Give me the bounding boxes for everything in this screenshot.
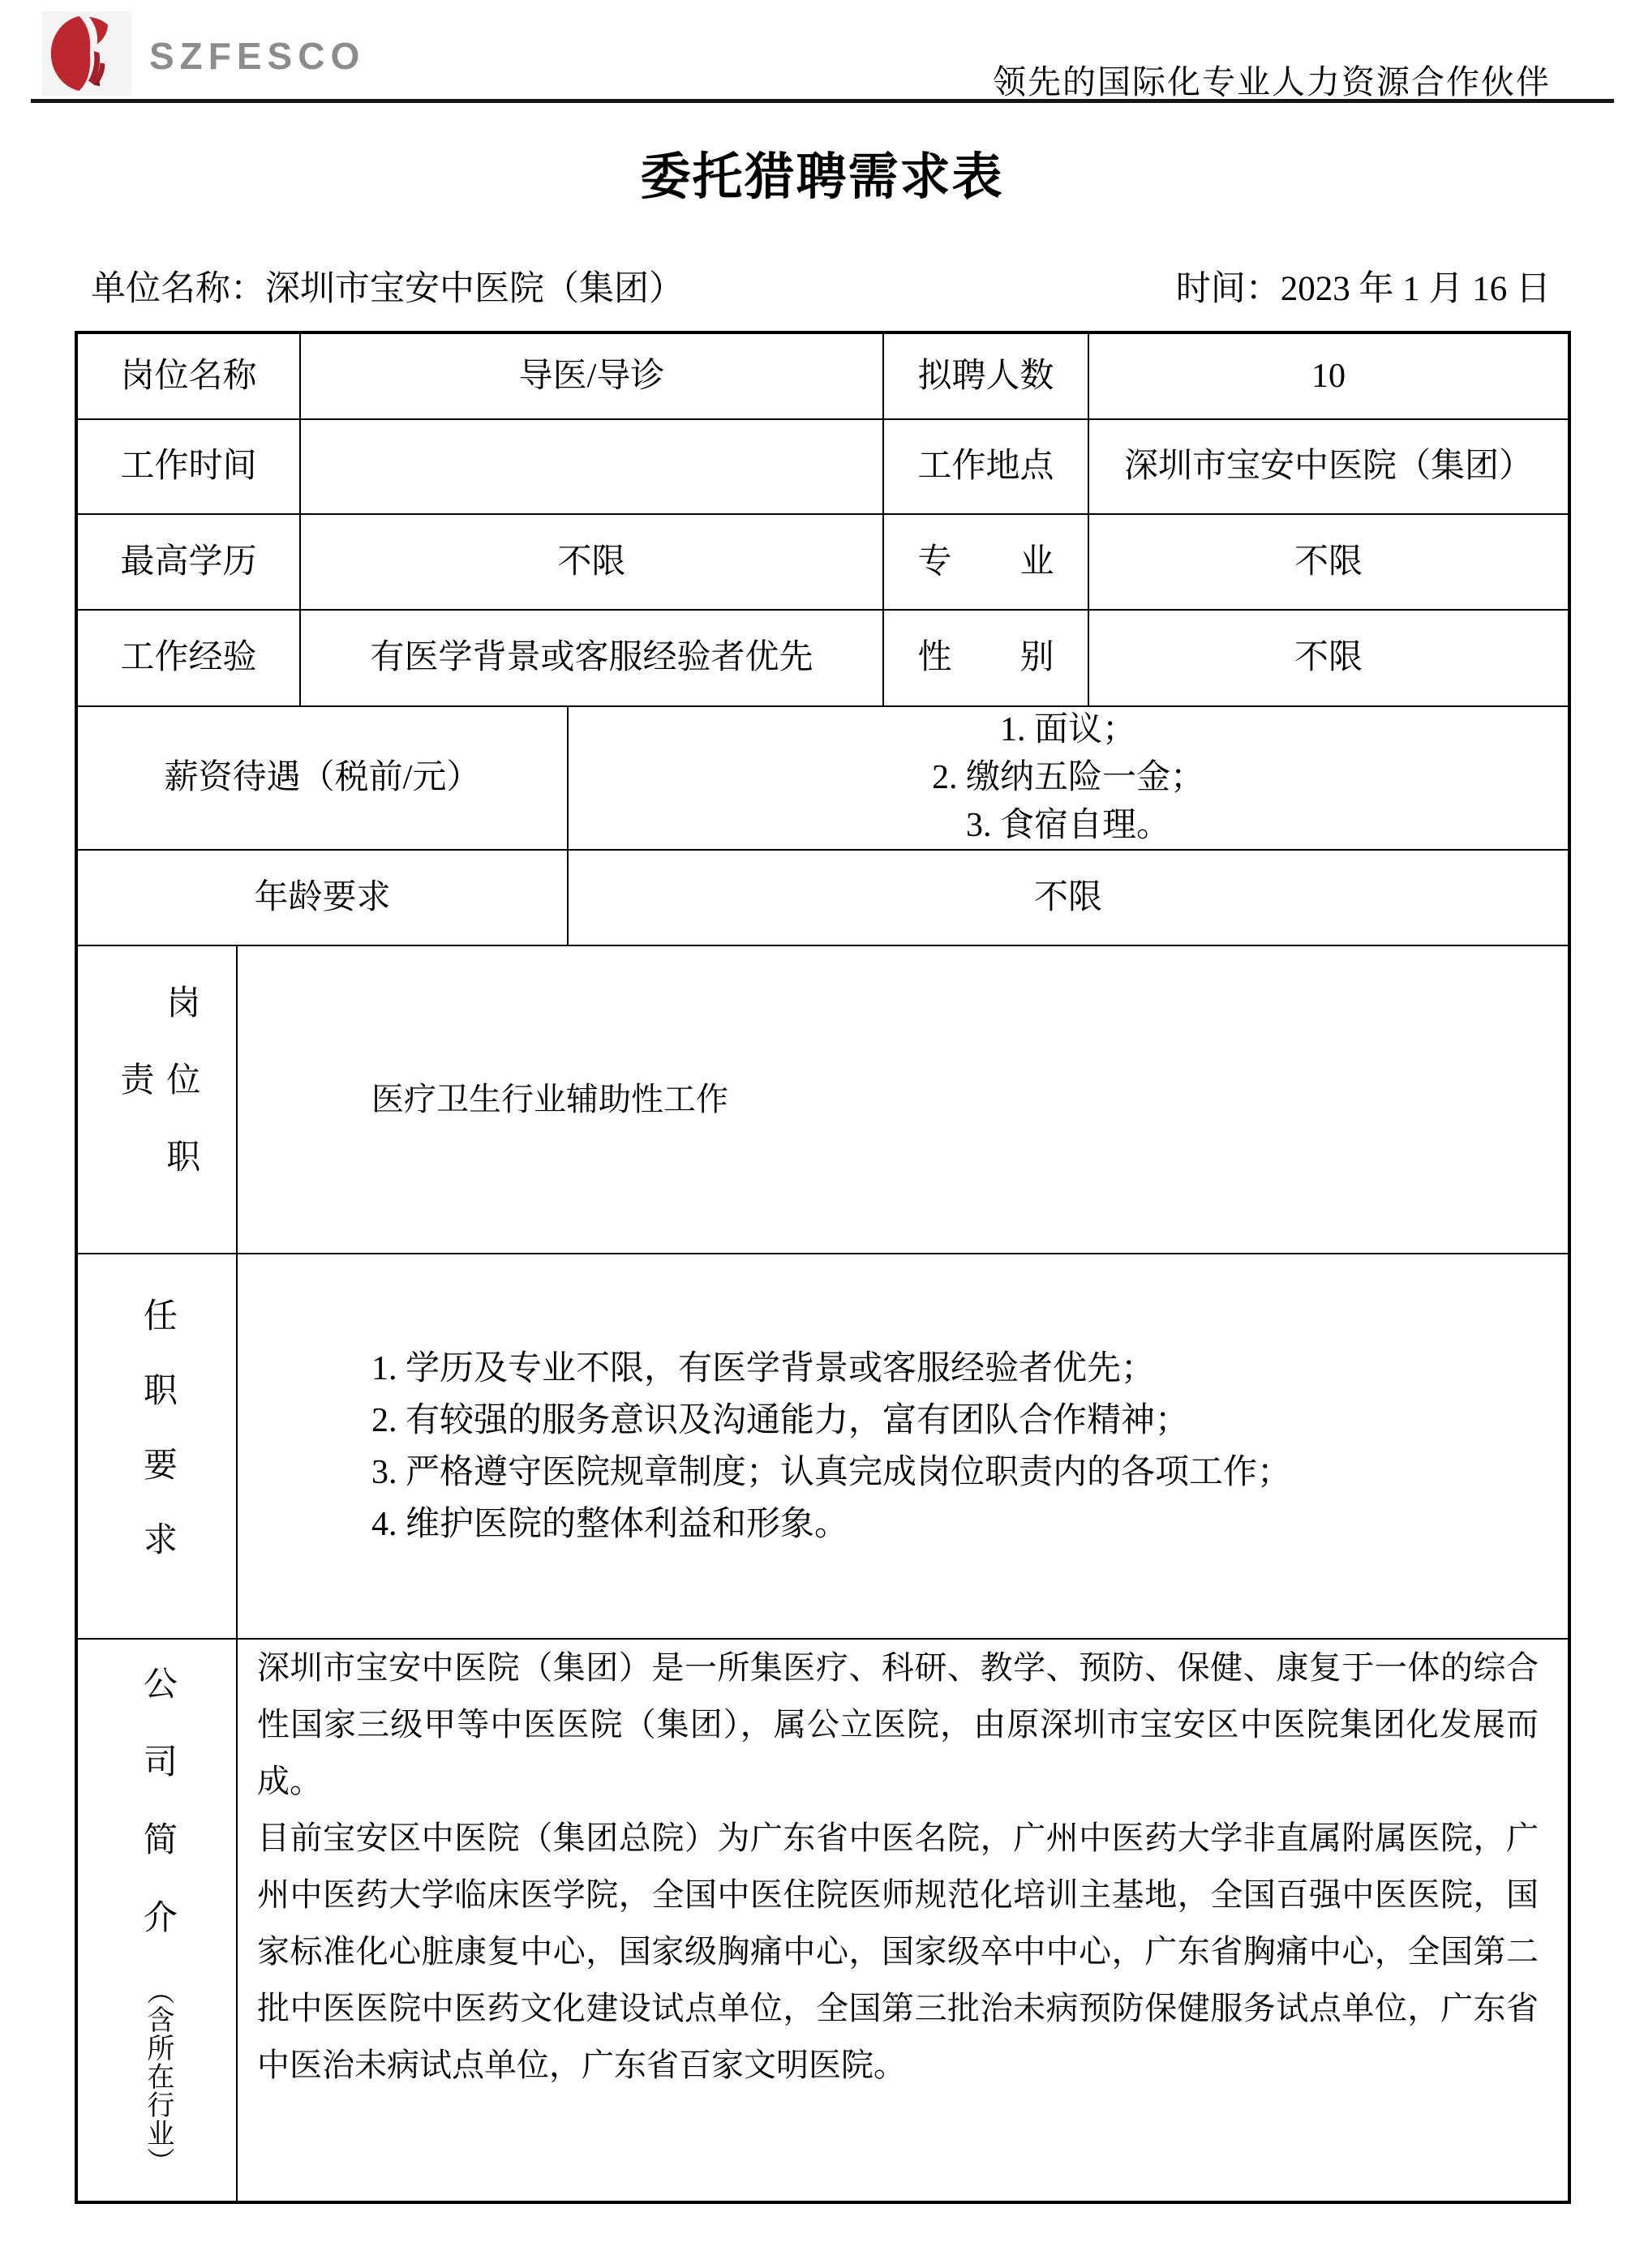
cell-gender-value: 不限 xyxy=(1088,611,1568,705)
cell-education-value: 不限 xyxy=(299,515,882,609)
info-line: 单位名称：深圳市宝安中医院（集团） 时间：2023 年 1 月 16 日 xyxy=(91,261,1553,311)
unit-name: 单位名称：深圳市宝安中医院（集团） xyxy=(91,270,684,308)
logo: SZFESCO xyxy=(42,11,365,96)
header-slogan: 领先的国际化专业人力资源合作伙伴 xyxy=(993,55,1551,103)
cell-gender-label: 性 别 xyxy=(882,611,1088,705)
cell-major-value: 不限 xyxy=(1088,515,1568,609)
intro-label-paren: （含所在行业） xyxy=(143,1977,173,2176)
document-page: SZFESCO 领先的国际化专业人力资源合作伙伴 委托猎聘需求表 单位名称：深圳… xyxy=(0,0,1644,2268)
requirement-item: 2. 有较强的服务意识及沟通能力，富有团队合作精神； xyxy=(371,1395,1291,1447)
cell-duty-content: 医疗卫生行业辅助性工作 xyxy=(236,946,1568,1253)
company-intro-paragraph: 深圳市宝安中医院（集团）是一所集医疗、科研、教学、预防、保健、康复于一体的综合性… xyxy=(257,1640,1539,1810)
requirements-vertical-label: 任职要求 xyxy=(134,1297,180,1596)
table-row: 工作经验 有医学背景或客服经验者优先 性 别 不限 xyxy=(78,609,1568,705)
requirement-item: 1. 学历及专业不限，有医学背景或客服经验者优先； xyxy=(371,1343,1291,1395)
duty-text: 医疗卫生行业辅助性工作 xyxy=(371,1078,728,1121)
cell-work-place-label: 工作地点 xyxy=(882,420,1088,513)
logo-icon xyxy=(42,11,131,96)
cell-age-value: 不限 xyxy=(567,851,1568,945)
salary-line: 3. 食宿自理。 xyxy=(966,802,1170,850)
cell-education-label: 最高学历 xyxy=(78,515,299,609)
cell-duty-label: 岗位职责 xyxy=(78,946,236,1253)
cell-major-label: 专 业 xyxy=(882,515,1088,609)
cell-company-intro-label: 公司简介（含所在行业） xyxy=(78,1640,236,2201)
cell-work-time-label: 工作时间 xyxy=(78,420,299,513)
salary-line: 1. 面议； xyxy=(1000,706,1136,754)
company-intro-vertical-label: 公司简介（含所在行业） xyxy=(134,1666,180,2176)
cell-work-place-value: 深圳市宝安中医院（集团） xyxy=(1088,420,1568,513)
cell-salary-label: 薪资待遇（税前/元） xyxy=(78,707,567,849)
requirement-item: 3. 严格遵守医院规章制度；认真完成岗位职责内的各项工作； xyxy=(371,1447,1291,1498)
table-row: 岗位职责 医疗卫生行业辅助性工作 xyxy=(78,945,1568,1253)
cell-post-name-value: 导医/导诊 xyxy=(299,334,882,418)
table-row: 岗位名称 导医/导诊 拟聘人数 10 xyxy=(78,334,1568,418)
intro-label-main: 公司简介 xyxy=(139,1666,176,1977)
logo-text: SZFESCO xyxy=(149,34,365,78)
date: 时间：2023 年 1 月 16 日 xyxy=(1176,261,1551,311)
salary-line: 2. 缴纳五险一金； xyxy=(932,754,1204,802)
table-row: 工作时间 工作地点 深圳市宝安中医院（集团） xyxy=(78,418,1568,513)
page-title: 委托猎聘需求表 xyxy=(0,136,1644,208)
cell-headcount-value: 10 xyxy=(1088,334,1568,418)
cell-work-time-value xyxy=(299,420,882,513)
header-divider xyxy=(31,99,1614,103)
table-row: 公司简介（含所在行业） 深圳市宝安中医院（集团）是一所集医疗、科研、教学、预防、… xyxy=(78,1638,1568,2201)
table-row: 任职要求 1. 学历及专业不限，有医学背景或客服经验者优先； 2. 有较强的服务… xyxy=(78,1253,1568,1638)
cell-headcount-label: 拟聘人数 xyxy=(882,334,1088,418)
cell-experience-value: 有医学背景或客服经验者优先 xyxy=(299,611,882,705)
cell-experience-label: 工作经验 xyxy=(78,611,299,705)
cell-requirements-label: 任职要求 xyxy=(78,1254,236,1638)
cell-post-name-label: 岗位名称 xyxy=(78,334,299,418)
requirement-item: 4. 维护医院的整体利益和形象。 xyxy=(371,1498,1291,1550)
duty-vertical-label: 岗位职责 xyxy=(111,946,203,1253)
table-row: 年龄要求 不限 xyxy=(78,849,1568,945)
cell-age-label: 年龄要求 xyxy=(78,851,567,945)
cell-requirements-content: 1. 学历及专业不限，有医学背景或客服经验者优先； 2. 有较强的服务意识及沟通… xyxy=(236,1254,1568,1638)
cell-company-intro-content: 深圳市宝安中医院（集团）是一所集医疗、科研、教学、预防、保健、康复于一体的综合性… xyxy=(236,1640,1568,2201)
cell-salary-value: 1. 面议； 2. 缴纳五险一金； 3. 食宿自理。 xyxy=(567,707,1568,849)
requirements-table: 岗位名称 导医/导诊 拟聘人数 10 工作时间 工作地点 深圳市宝安中医院（集团… xyxy=(75,331,1571,2204)
table-row: 薪资待遇（税前/元） 1. 面议； 2. 缴纳五险一金； 3. 食宿自理。 xyxy=(78,705,1568,849)
company-intro-paragraph: 目前宝安区中医院（集团总院）为广东省中医名院，广州中医药大学非直属附属医院，广州… xyxy=(257,1810,1539,2094)
table-row: 最高学历 不限 专 业 不限 xyxy=(78,513,1568,609)
